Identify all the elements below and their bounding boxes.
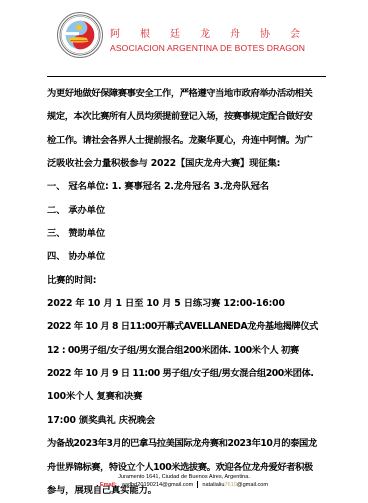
schedule-line: 2022 年 10 月 1 日至 10 月 5 日练习赛 12:00-16:00	[47, 292, 329, 315]
letterhead: 阿 根 廷 龙 舟 协 会 ASOCIACION ARGENTINA DE BO…	[0, 0, 368, 70]
schedule-line: 2022 年 10 月 8 日11:00开幕式AVELLANEDA龙舟基地揭牌仪…	[47, 315, 329, 338]
schedule-line: 100米个人 复赛和决赛	[47, 385, 329, 408]
schedule-line: 12 : 00男子组/女子组/男女混合组200米团体. 100米个人 初赛	[47, 339, 329, 362]
sponsor-item-co-organizer: 四、 协办单位	[47, 245, 329, 268]
schedule-line: 17:00 颁奖典礼 庆祝晚会	[47, 409, 329, 432]
separator	[197, 481, 198, 488]
sponsor-item-title: 一、 冠名单位: 1. 赛事冠名 2.龙舟冠名 3.龙舟队冠名	[47, 175, 329, 198]
body-line: 检工作。请社会各界人士提前报名。龙聚华夏心，舟连中阿情。为广	[47, 129, 329, 152]
org-char: 会	[290, 29, 300, 41]
sponsor-item-organizer: 二、 承办单位	[47, 199, 329, 222]
email-2-suffix: @gmail.com	[237, 482, 268, 488]
org-char: 龙	[200, 29, 210, 41]
org-char: 廷	[170, 29, 180, 41]
body-line: 为备战2023年3月的巴拿马拉美国际龙舟赛和2023年10月的泰国龙	[47, 432, 329, 455]
body-line: 为更好地做好保障赛事安全工作，严格遵守当地市政府举办活动相关	[47, 82, 329, 105]
email-link-1[interactable]: aadbd20190214@gmail.com	[122, 482, 194, 488]
org-name-chinese: 阿 根 廷 龙 舟 协 会	[110, 29, 300, 41]
letterhead-footer: Juramento 1641, Ciudad de Buenos Aires, …	[0, 473, 368, 490]
org-char: 舟	[230, 29, 240, 41]
email-2-faint: 7610	[224, 482, 236, 488]
sponsor-item-sponsor: 三、 赞助单位	[47, 222, 329, 245]
schedule-heading: 比赛的时间:	[47, 269, 329, 292]
schedule-line: 2022 年 10 月 9 日 11:00 男子组/女子组/男女混合组200米团…	[47, 362, 329, 385]
document-body: 为更好地做好保障赛事安全工作，严格遵守当地市政府举办活动相关 规定，本次比赛所有…	[47, 82, 329, 502]
body-line: 规定，本次比赛所有人员均须提前登记入场，按赛事规定配合做好安	[47, 105, 329, 128]
email-2-prefix: natalialiu	[202, 482, 224, 488]
org-char: 根	[140, 29, 150, 41]
header-divider	[47, 76, 326, 77]
contact-emails: Email:aadbd20190214@gmail.comnatalialiu7…	[0, 481, 368, 490]
association-logo-icon	[57, 12, 103, 58]
email-link-2[interactable]: natalialiu7610@gmail.com	[202, 482, 268, 488]
org-char: 协	[260, 29, 270, 41]
org-name-spanish: ASOCIACION ARGENTINA DE BOTES DRAGON	[110, 43, 305, 53]
address: Juramento 1641, Ciudad de Buenos Aires, …	[0, 473, 368, 481]
email-label: Email:	[100, 482, 117, 488]
org-char: 阿	[110, 29, 120, 41]
body-line: 泛吸收社会力量积极参与 2022【国庆龙舟大赛】现征集:	[47, 152, 329, 175]
